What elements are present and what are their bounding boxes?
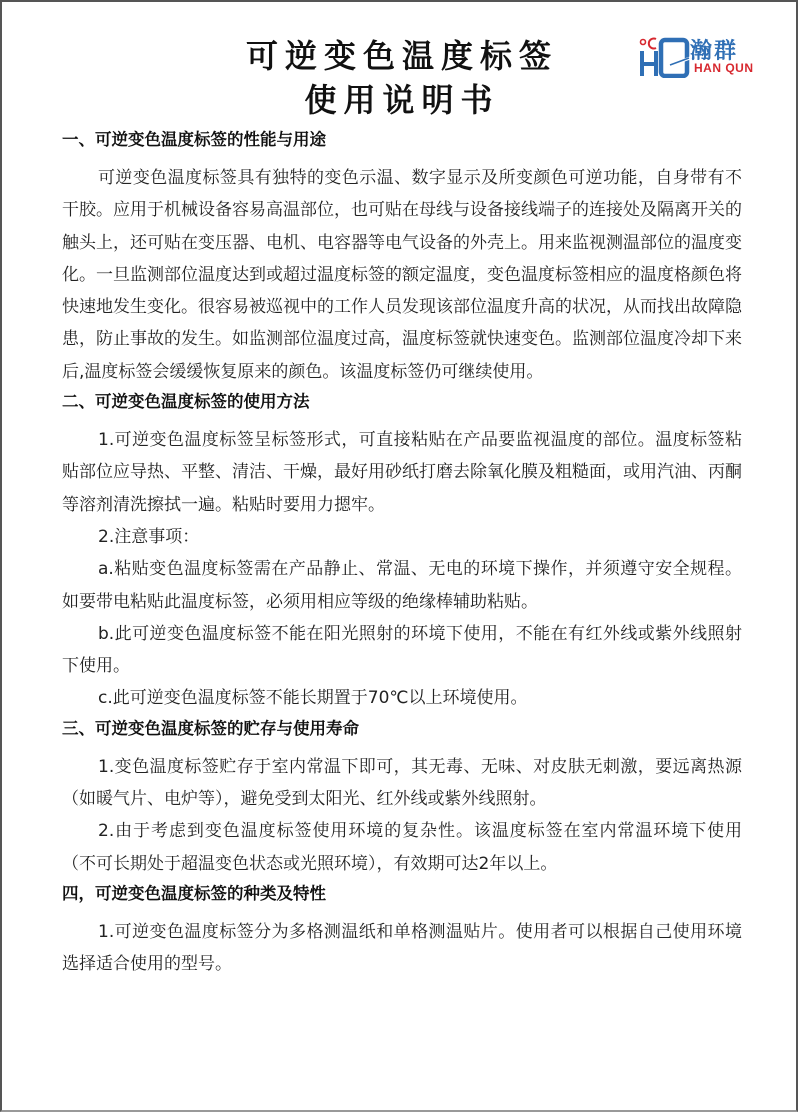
title-line-2: 使用说明书 [2, 78, 800, 122]
section-heading: 一、可逆变色温度标签的性能与用途 [62, 130, 742, 162]
section-performance: 一、可逆变色温度标签的性能与用途 可逆变色温度标签具有独特的变色示温、数字显示及… [62, 130, 742, 388]
section-storage: 三、可逆变色温度标签的贮存与使用寿命 1.变色温度标签贮存于室内常温下即可，其无… [62, 719, 742, 880]
hanqun-logo: 瀚群 HAN QUN [634, 32, 764, 82]
paragraph: 2.由于考虑到变色温度标签使用环境的复杂性。该温度标签在室内常温环境下使用（不可… [62, 815, 742, 880]
paragraph: a.粘贴变色温度标签需在产品静止、常温、无电的环境下操作，并须遵守安全规程。如要… [62, 553, 742, 618]
paragraph: b.此可逆变色温度标签不能在阳光照射的环境下使用，不能在有红外线或紫外线照射下使… [62, 618, 742, 683]
section-types: 四，可逆变色温度标签的种类及特性 1.可逆变色温度标签分为多格测温纸和单格测温贴… [62, 884, 742, 981]
section-heading: 四，可逆变色温度标签的种类及特性 [62, 884, 742, 916]
section-usage: 二、可逆变色温度标签的使用方法 1.可逆变色温度标签呈标签形式，可直接粘贴在产品… [62, 392, 742, 715]
paragraph: 2.注意事项： [62, 521, 742, 553]
paragraph: c.此可逆变色温度标签不能长期置于70℃以上环境使用。 [62, 682, 742, 714]
hq-logo-icon [638, 36, 690, 78]
paragraph: 可逆变色温度标签具有独特的变色示温、数字显示及所变颜色可逆功能，自身带有不干胶。… [62, 162, 742, 388]
logo-name-en: HAN QUN [694, 61, 754, 75]
paragraph: 1.可逆变色温度标签呈标签形式，可直接粘贴在产品要监视温度的部位。温度标签粘贴部… [62, 424, 742, 521]
paragraph: 1.可逆变色温度标签分为多格测温纸和单格测温贴片。使用者可以根据自己使用环境选择… [62, 916, 742, 981]
document-page: 可逆变色温度标签 使用说明书 瀚群 HAN QUN 一、可逆变色温度标签的性能与… [0, 0, 798, 1112]
document-body: 一、可逆变色温度标签的性能与用途 可逆变色温度标签具有独特的变色示温、数字显示及… [62, 130, 742, 981]
paragraph: 1.变色温度标签贮存于室内常温下即可，其无毒、无味、对皮肤无刺激，要远离热源（如… [62, 751, 742, 816]
section-heading: 三、可逆变色温度标签的贮存与使用寿命 [62, 719, 742, 751]
section-heading: 二、可逆变色温度标签的使用方法 [62, 392, 742, 424]
